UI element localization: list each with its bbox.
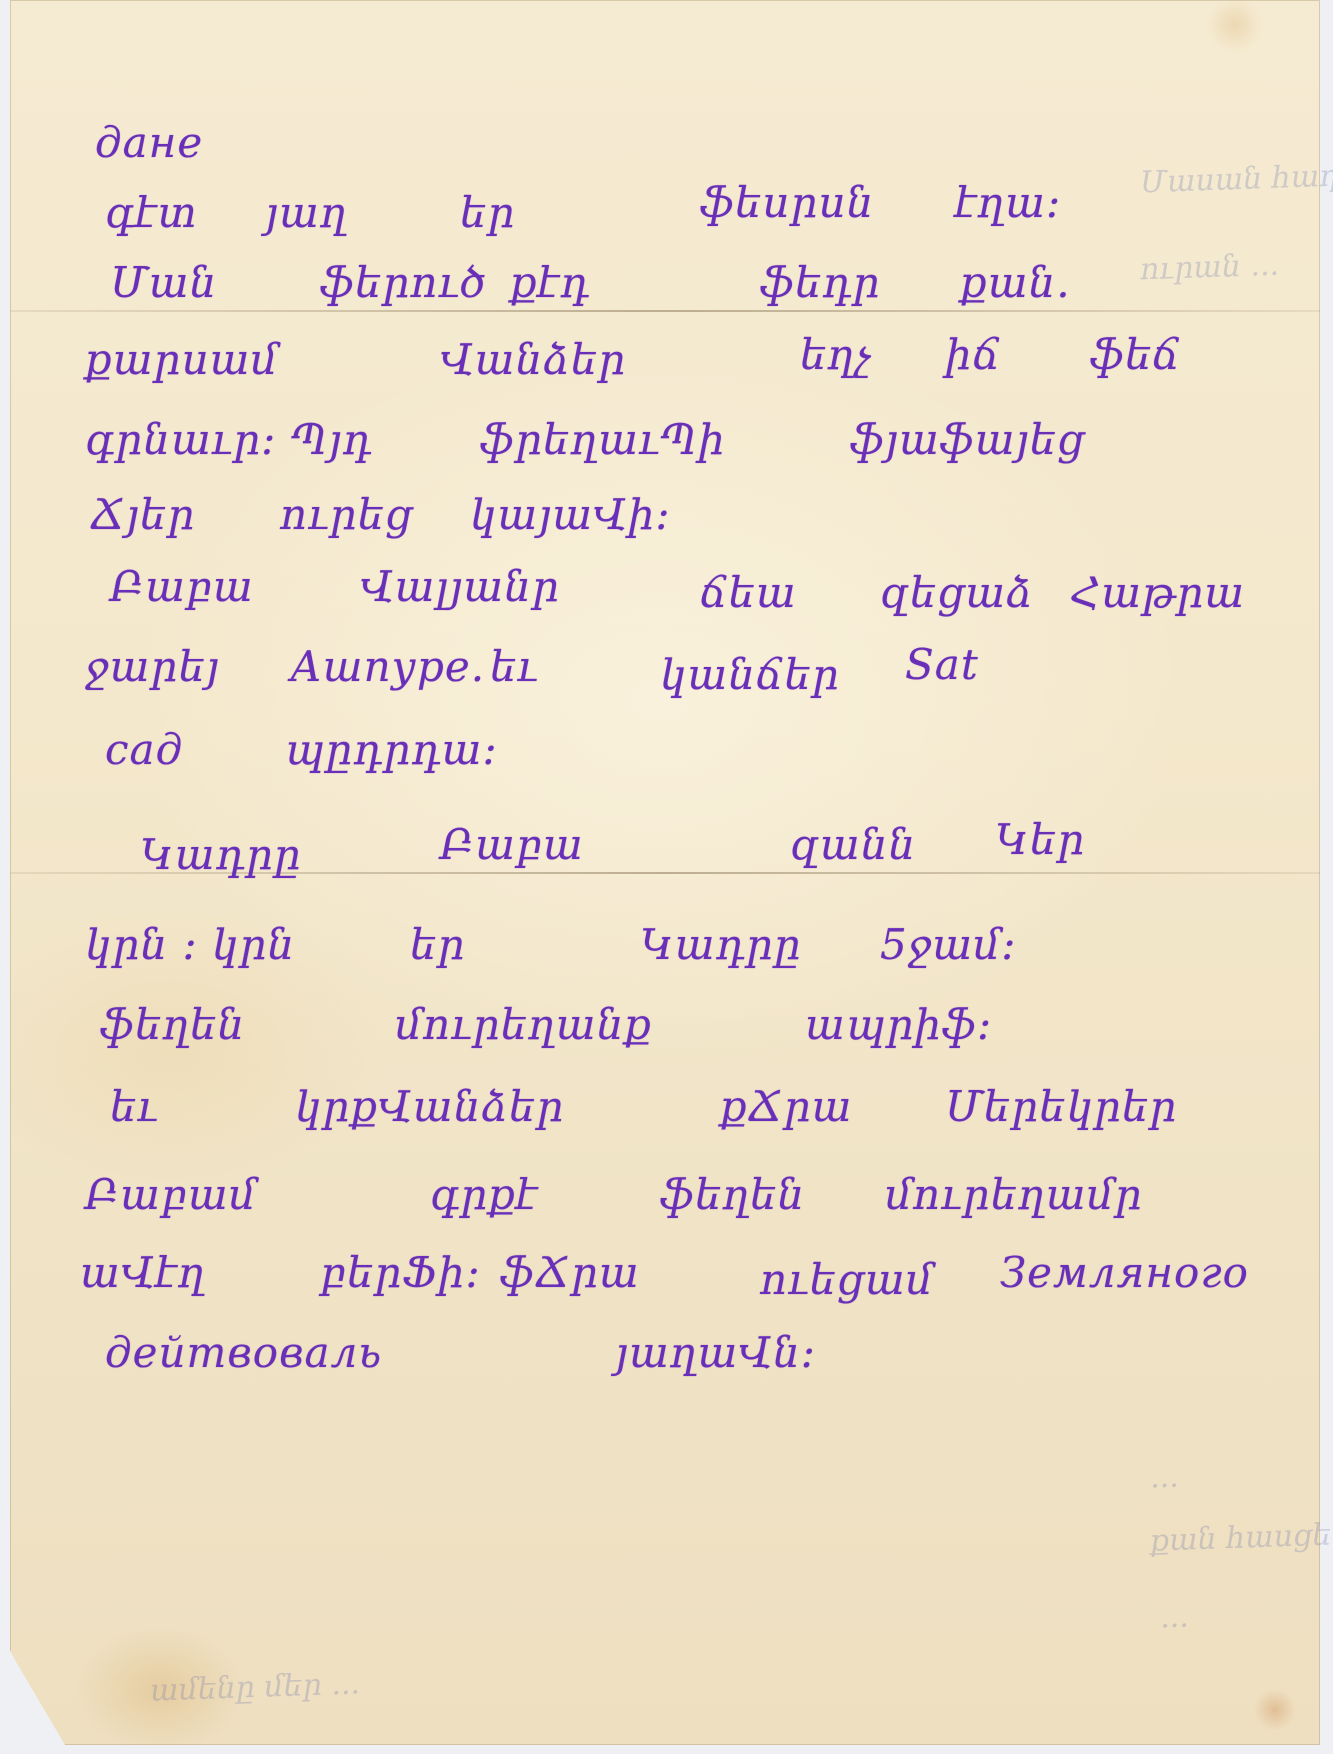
handwritten-word: Կադրը [140,830,302,879]
handwritten-word: գրնաւր։ Պյդ [85,415,373,464]
handwritten-word: дейтвоваль [105,1328,382,1377]
handwritten-word: զեցաձ [880,568,1034,617]
handwritten-word: քՃրա [720,1082,853,1131]
handwritten-word: ֆերուծ [320,258,487,307]
handwritten-word: ուեցամ [760,1255,934,1304]
handwritten-word: Земляного [1000,1248,1249,1297]
handwritten-word: ֆրեղաւՊի [480,415,726,464]
handwritten-word: ֆեդր [760,258,881,307]
handwritten-word: Կադրը [640,920,802,969]
handwritten-word: քան. [960,258,1071,307]
handwritten-word: բերՖի։ [320,1248,481,1297]
handwritten-word: եւ [490,642,539,691]
bleed-through-text: ուրան ... [1139,248,1279,288]
handwritten-word: յաղաՎն։ [615,1328,816,1377]
handwritten-word: կրքՎանձեր [295,1082,564,1131]
handwritten-word: ֆեղեն [100,1000,245,1049]
handwritten-word: ֆյաֆայեց [850,415,1085,464]
handwritten-word: Վալյանր [360,562,560,611]
handwritten-word: Բաբամ [85,1170,257,1219]
handwritten-word: եր [410,920,465,969]
paper-fold-line [10,310,1320,312]
handwritten-word: մուրեղանք [395,1000,652,1049]
handwritten-word: Ճյեր [90,490,195,539]
handwritten-word: քէդ [510,258,590,307]
handwritten-word: յաղ [265,188,348,237]
handwritten-word: ֆեղեն [660,1170,805,1219]
bleed-through-text: ... [1159,1600,1189,1636]
handwritten-word: дане [95,118,203,167]
handwritten-word: մուրեղամր [885,1170,1143,1219]
handwritten-word: պըդրդա։ [285,725,498,774]
handwritten-word: 5ջամ։ [880,920,1016,969]
handwritten-word: ֆՃրա [500,1248,640,1297]
handwritten-word: Ашпуре. [290,642,485,691]
bleed-through-text: ... [1149,1460,1179,1496]
handwritten-word: ուրեց [280,490,413,539]
handwritten-word: ջարեյ [85,642,220,691]
bleed-through-text: ամենը մեր ... [149,1666,360,1708]
handwritten-word: ապրիֆ։ [805,1000,992,1049]
handwritten-word: Վանձեր [440,335,626,384]
handwritten-word: Ման [110,258,217,307]
handwritten-word: Կեր [995,815,1085,864]
handwritten-word: զանն [790,820,916,869]
handwritten-word: եր [460,188,515,237]
handwritten-word: եղչ [800,330,871,379]
handwritten-word: գէտ [105,188,198,237]
handwritten-word: գրքէ [430,1170,538,1219]
handwritten-word: Բաբա [440,820,584,869]
handwritten-word: Հաթրա [1070,568,1245,617]
handwritten-word: իճ [945,330,1001,379]
handwritten-word: Բաբա [110,562,254,611]
handwritten-word: էղա։ [955,178,1061,227]
handwritten-word: կանճեր [660,650,840,699]
handwritten-word: Sat [905,640,979,689]
handwritten-word: сад [105,725,183,774]
bleed-through-text: քան հասցե ... [1149,1516,1333,1559]
handwritten-word: եւ [110,1082,159,1131]
handwritten-word: ֆեճ [1090,330,1181,379]
handwritten-word: կրն : կրն [85,920,295,969]
handwritten-word: աՎէղ [80,1248,206,1297]
handwritten-word: ճեա [700,568,797,617]
handwritten-word: կայաՎի։ [470,490,671,539]
handwritten-word: ֆեսրսն [700,178,874,227]
handwritten-word: քարսամ [85,335,279,384]
handwritten-word: Մերեկրեր [945,1082,1177,1131]
